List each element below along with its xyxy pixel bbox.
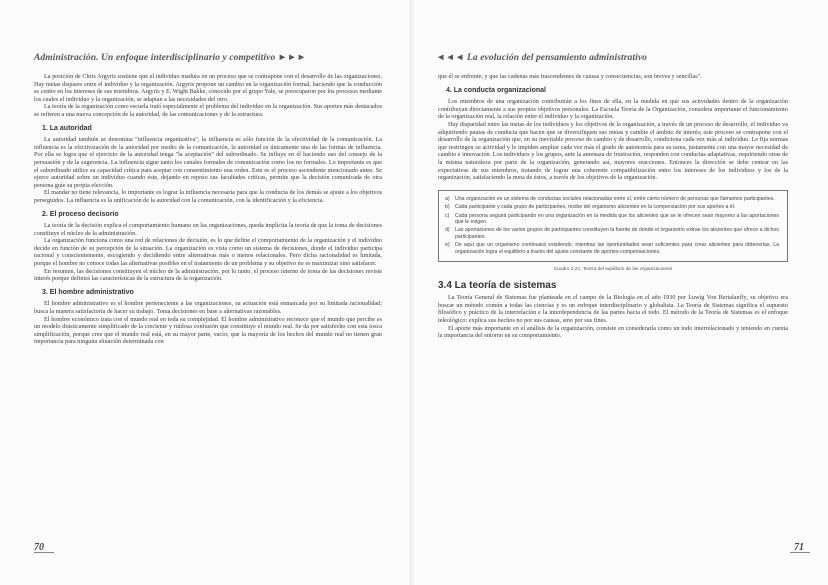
box-item: a)Una organización es un sistema de cond… <box>445 196 779 202</box>
running-head-right: ◄◄◄ La evolución del pensamiento adminis… <box>436 53 647 63</box>
section-heading-administrative-man: 3. El hombre administrativo <box>42 289 382 297</box>
paragraph: Hay disparidad entre las metas de los in… <box>438 121 788 182</box>
equilibrium-box: a)Una organización es un sistema de cond… <box>438 190 788 262</box>
paragraph: El hombre económico trata con el mundo r… <box>34 316 382 346</box>
running-head-left: Administración. Un enfoque interdiscipli… <box>34 53 306 63</box>
page-number-rule <box>34 552 54 553</box>
paragraph: La Teoría General de Sistemas fue plante… <box>438 294 788 324</box>
box-item-key: d) <box>445 227 455 240</box>
paragraph: El hombre administrativo es el hombre pe… <box>34 300 382 315</box>
section-heading-decision-process: 2. El proceso decisorio <box>42 211 382 219</box>
right-page: ◄◄◄ La evolución del pensamiento adminis… <box>414 0 828 585</box>
paragraph: Los miembros de una organización contrib… <box>438 98 788 121</box>
paragraph: El aporte más importante en el análisis … <box>438 325 788 340</box>
box-item-key: b) <box>445 204 455 210</box>
section-heading-systems-theory: 3.4 La teoría de sistemas <box>438 282 788 290</box>
paragraph: que él se enfrente, y que las cadenas má… <box>438 73 788 81</box>
paragraph: En resumen, las decisiones constituyen e… <box>34 268 382 283</box>
box-item-text: Una organización es un sistema de conduc… <box>455 196 775 202</box>
left-page: Administración. Un enfoque interdiscipli… <box>0 0 412 585</box>
box-item-key: a) <box>445 196 455 202</box>
section-heading-authority: 1. La autoridad <box>42 125 382 133</box>
box-item: c)Cada persona seguirá participando en u… <box>445 213 779 226</box>
box-item-key: e) <box>445 242 455 255</box>
paragraph: La teoría de la decisión explica el comp… <box>34 222 382 237</box>
box-item-text: Cada persona seguirá participando en una… <box>455 213 779 226</box>
box-item-text: Las aportaciones de los varios grupos de… <box>455 227 779 240</box>
box-caption: Cuadro 2.21. Teoría del equilibrio de la… <box>438 266 788 274</box>
paragraph: El mandar no tiene relevancia, lo import… <box>34 189 382 204</box>
box-item: e)De aquí que un organismo continuará ex… <box>445 242 779 255</box>
paragraph: La organización funciona como una red de… <box>34 237 382 267</box>
right-column: que él se enfrente, y que las cadenas má… <box>438 73 788 340</box>
section-heading-organizational-behavior: 4. La conducta organizacional <box>446 87 788 95</box>
left-column: La posición de Chris Argyris sostiene qu… <box>34 73 382 346</box>
box-item-text: De aquí que un organismo continuará exis… <box>455 242 779 255</box>
box-item-key: c) <box>445 213 455 226</box>
box-item-text: Cada participante y cada grupo de partic… <box>455 204 735 210</box>
paragraph: La autoridad también se denomina "influe… <box>34 136 382 189</box>
box-item: d)Las aportaciones de los varios grupos … <box>445 227 779 240</box>
box-item: b)Cada participante y cada grupo de part… <box>445 204 779 210</box>
paragraph: La posición de Chris Argyris sostiene qu… <box>34 73 382 103</box>
page-number-rule <box>790 552 810 553</box>
paragraph: La teoría de la organización como escuel… <box>34 103 382 118</box>
